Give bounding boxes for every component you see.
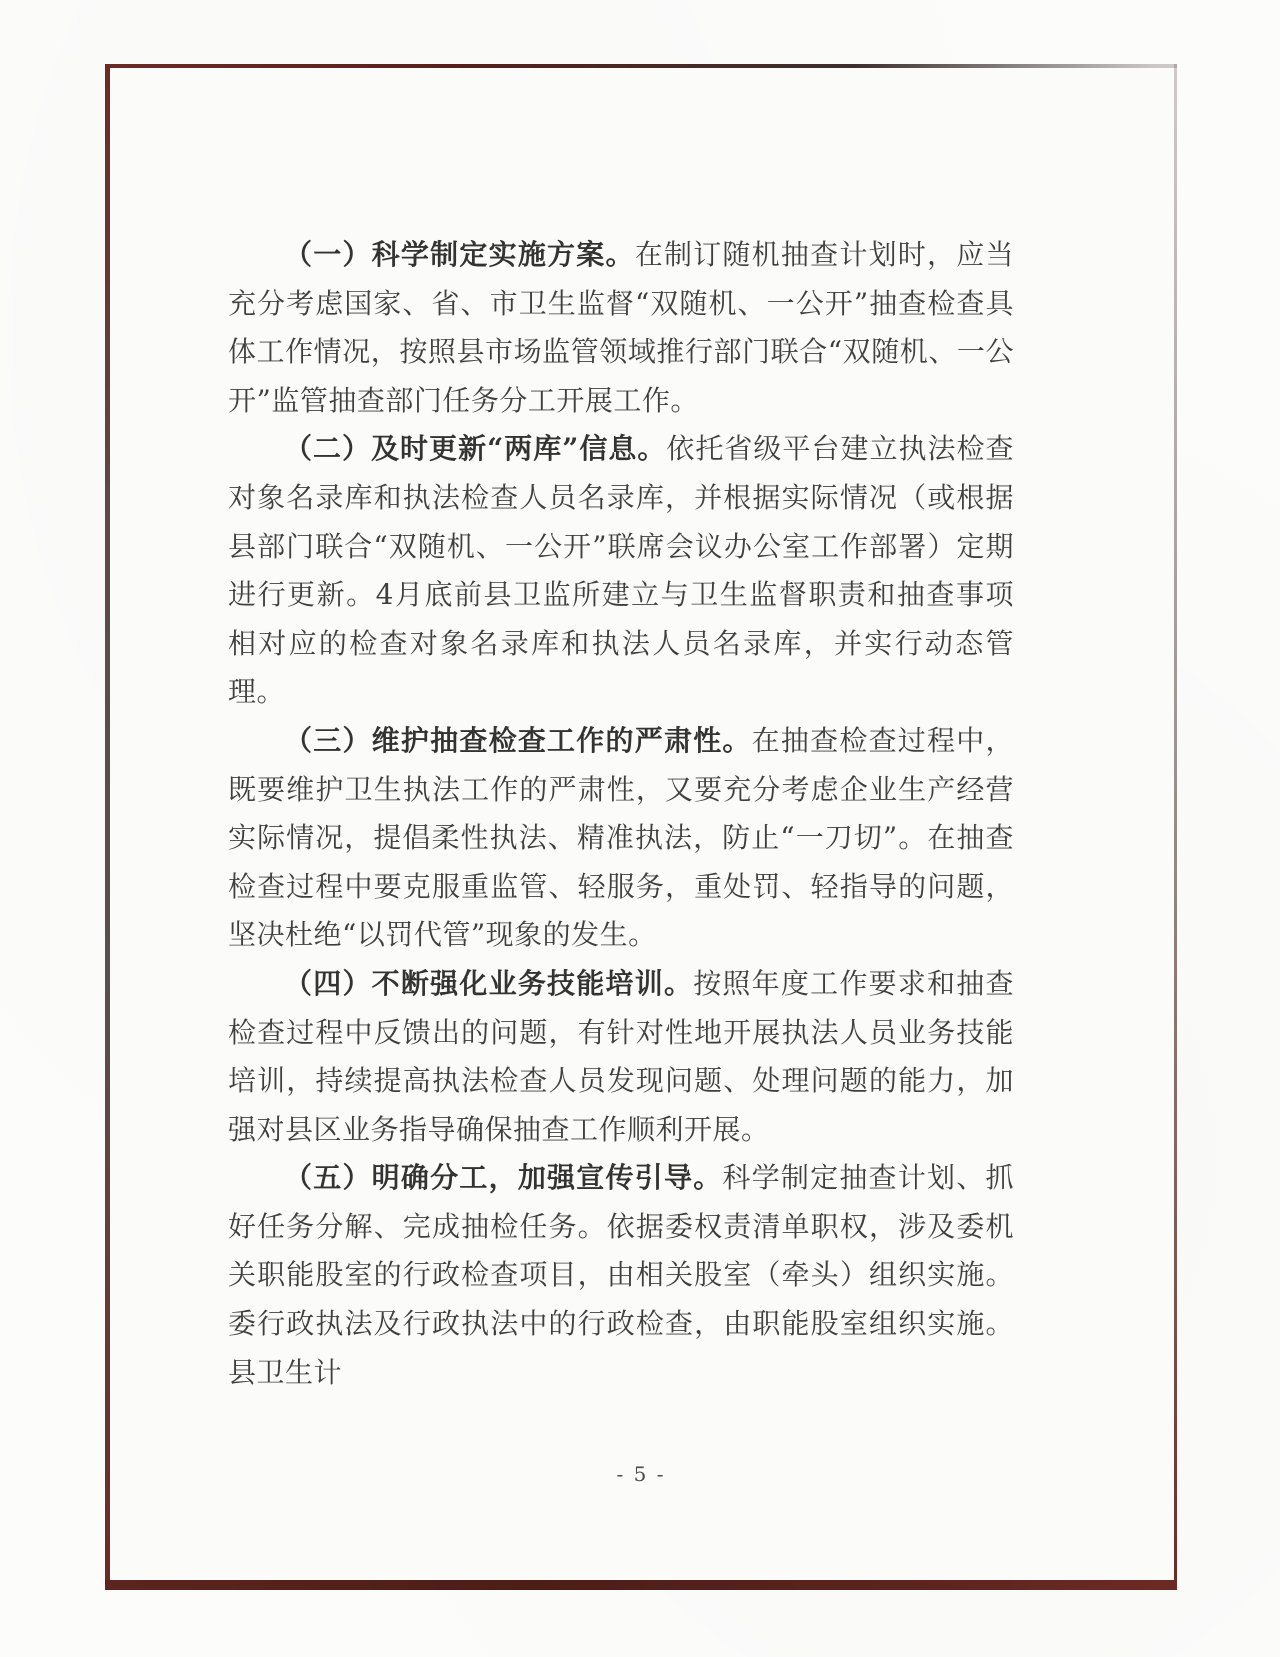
frame-edge-top xyxy=(105,64,1177,68)
frame-edge-left xyxy=(105,64,110,1590)
paragraph-lead: （五）明确分工，加强宣传引导。 xyxy=(284,1161,722,1194)
paragraph-lead: （四）不断强化业务技能培训。 xyxy=(284,967,693,1000)
paragraph-item-1: （一）科学制定实施方案。在制订随机抽查计划时，应当充分考虑国家、省、市卫生监督“… xyxy=(228,231,1014,425)
frame-edge-right xyxy=(1174,64,1177,1590)
paragraph-item-2: （二）及时更新“两库”信息。依托省级平台建立执法检查对象名录库和执法检查人员名录… xyxy=(228,425,1014,717)
page-number: - 5 - xyxy=(105,1462,1177,1486)
paragraph-item-4: （四）不断强化业务技能培训。按照年度工作要求和抽查检查过程中反馈出的问题，有针对… xyxy=(228,960,1014,1154)
paragraph-body: 科学制定抽查计划、抓好任务分解、完成抽检任务。依据委权责清单职权，涉及委机关职能… xyxy=(228,1161,1014,1388)
paragraph-lead: （一）科学制定实施方案。 xyxy=(284,238,635,271)
paragraph-body: 在抽查检查过程中，既要维护卫生执法工作的严肃性，又要充分考虑企业生产经营实际情况… xyxy=(228,724,1014,951)
document-body: （一）科学制定实施方案。在制订随机抽查计划时，应当充分考虑国家、省、市卫生监督“… xyxy=(228,231,1014,1397)
paragraph-lead: （二）及时更新“两库”信息。 xyxy=(284,432,666,465)
paragraph-item-5: （五）明确分工，加强宣传引导。科学制定抽查计划、抓好任务分解、完成抽检任务。依据… xyxy=(228,1154,1014,1397)
paragraph-lead: （三）维护抽查检查工作的严肃性。 xyxy=(284,724,752,757)
frame-edge-bottom xyxy=(105,1580,1177,1590)
paragraph-item-3: （三）维护抽查检查工作的严肃性。在抽查检查过程中，既要维护卫生执法工作的严肃性，… xyxy=(228,717,1014,960)
paragraph-body: 依托省级平台建立执法检查对象名录库和执法检查人员名录库，并根据实际情况（或根据县… xyxy=(228,432,1014,708)
